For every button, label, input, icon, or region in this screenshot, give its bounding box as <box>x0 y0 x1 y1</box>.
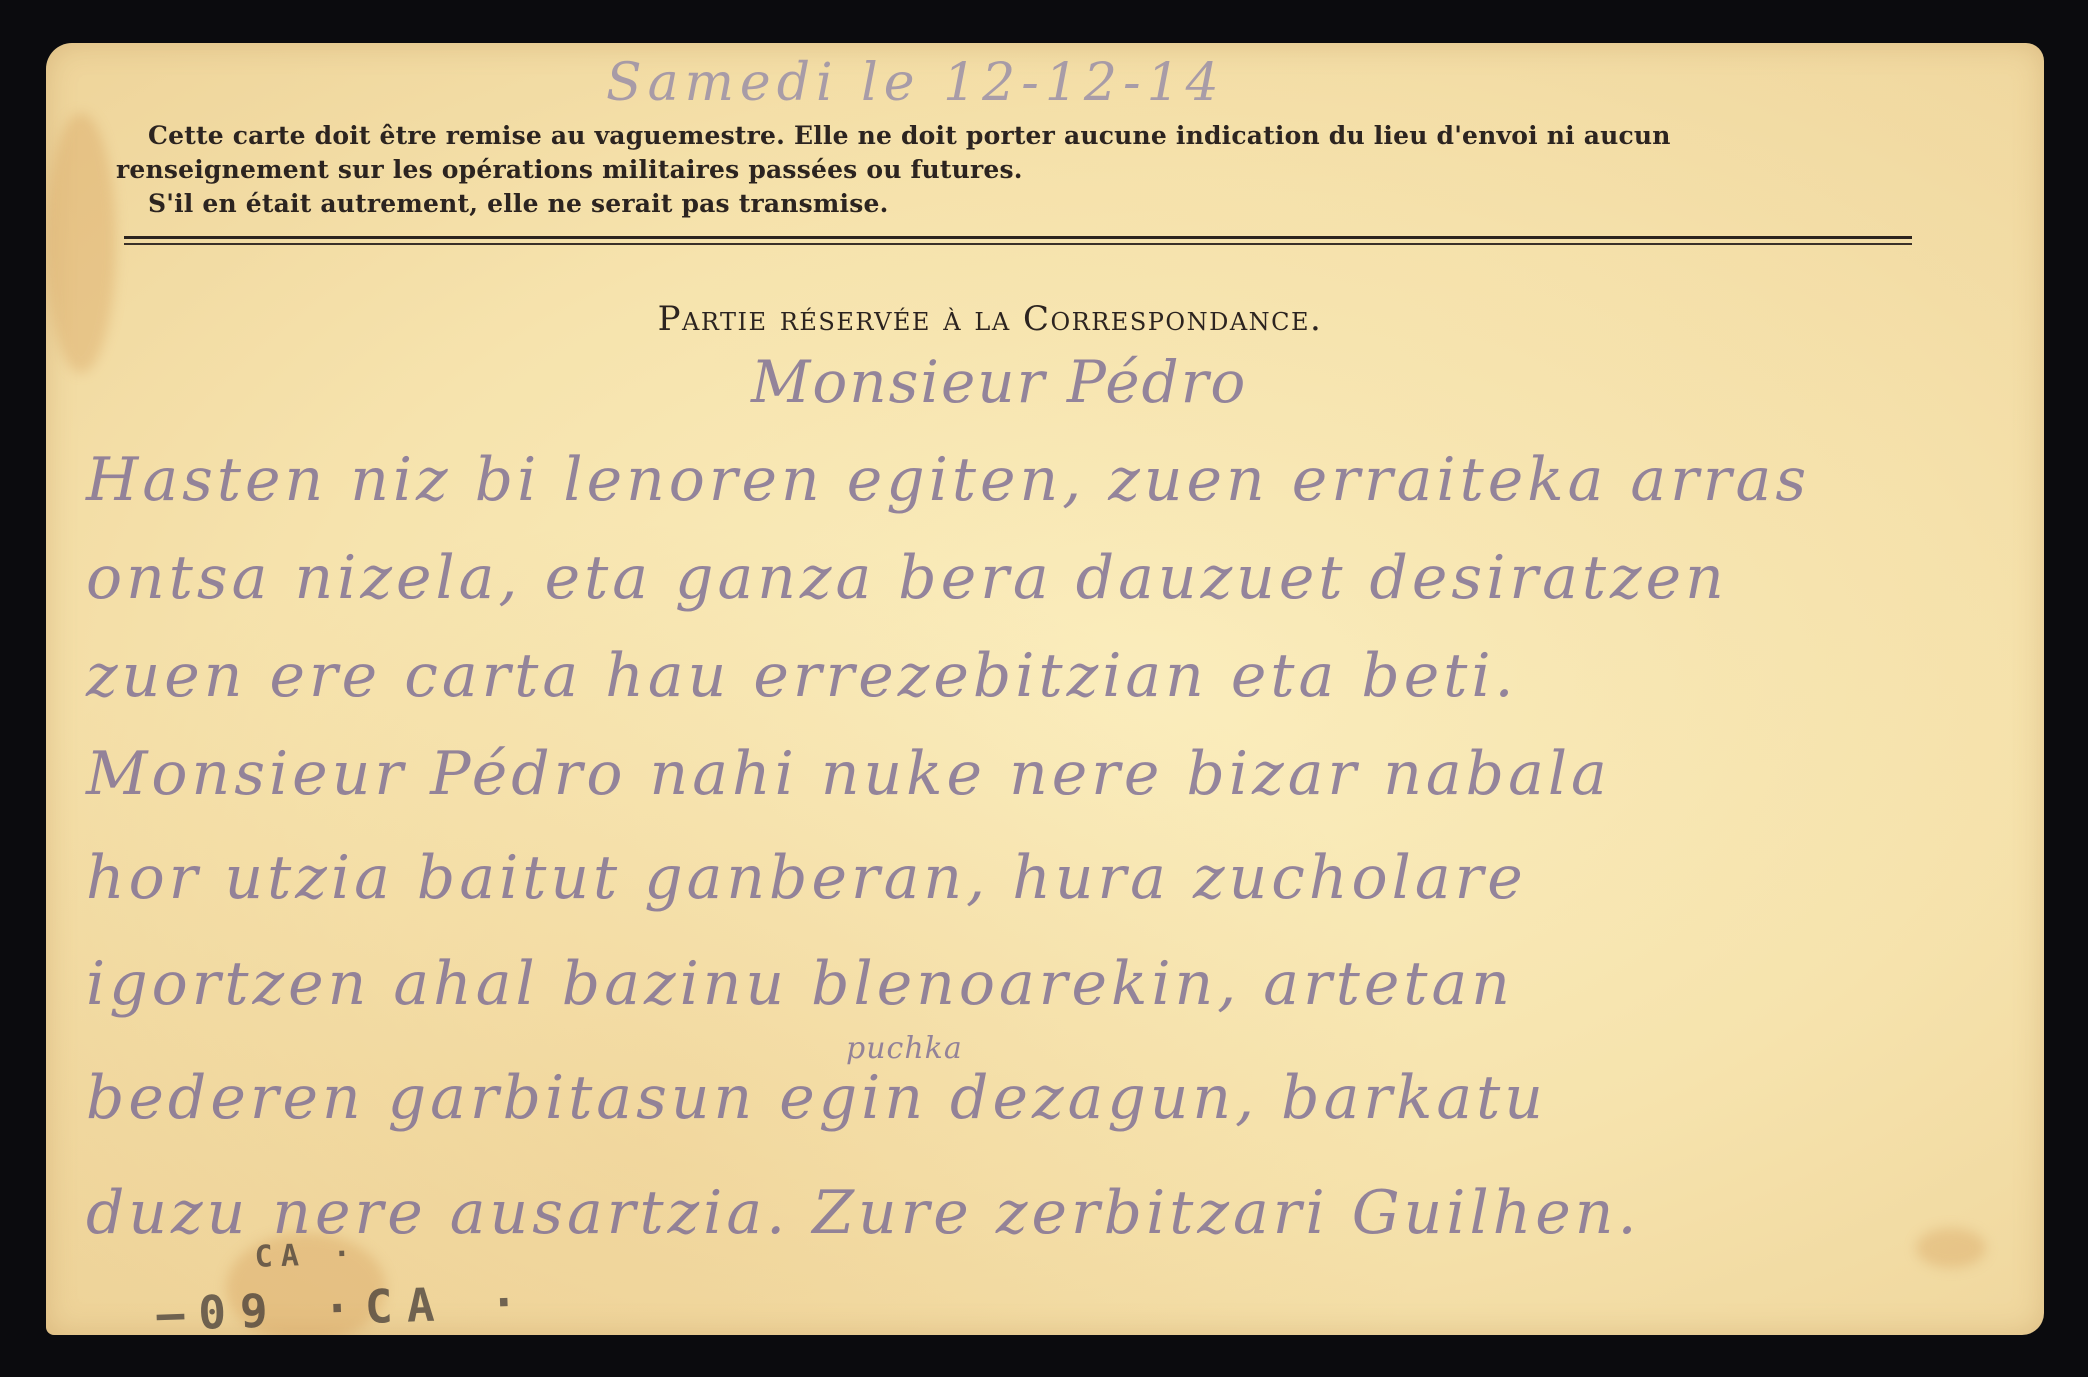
notice-line-1: Cette carte doit être remise au vaguemes… <box>116 119 1966 153</box>
postmark-fragment-top: CA · <box>254 1236 359 1275</box>
printed-notice: Cette carte doit être remise au vaguemes… <box>116 119 1966 221</box>
scan-background: Samedi le 12-12-14 Cette carte doit être… <box>0 0 2088 1377</box>
postmark-stamp: CA · –09 ·CA · <box>155 1241 578 1335</box>
letter-line: bederen garbitasun egin dezagun, barkatu <box>86 1063 1547 1133</box>
letter-line: ontsa nizela, eta ganza bera dauzuet des… <box>86 543 1728 613</box>
letter-salutation: Monsieur Pédro <box>751 348 1247 416</box>
interlinear-insertion: puchka <box>846 1031 963 1066</box>
notice-line-2: renseignement sur les opérations militai… <box>116 153 1966 187</box>
handwritten-date: Samedi le 12-12-14 <box>606 53 1225 113</box>
notice-line-3: S'il en était autrement, elle ne serait … <box>116 187 1966 221</box>
section-title: Partie réservée à la Correspondance. <box>46 299 1989 339</box>
paper-stain <box>1916 1228 1986 1268</box>
letter-line: zuen ere carta hau errezebitzian eta bet… <box>86 641 1518 711</box>
letter-line: Hasten niz bi lenoren egiten, zuen errai… <box>86 445 1810 515</box>
letter-line: igortzen ahal bazinu blenoarekin, arteta… <box>86 949 1514 1019</box>
postmark-fragment-bottom: –09 ·CA · <box>156 1274 533 1335</box>
letter-line: Monsieur Pédro nahi nuke nere bizar naba… <box>86 739 1611 809</box>
double-rule-divider <box>124 236 1912 245</box>
postcard: Samedi le 12-12-14 Cette carte doit être… <box>46 43 2044 1335</box>
letter-line: hor utzia baitut ganberan, hura zucholar… <box>86 843 1527 913</box>
